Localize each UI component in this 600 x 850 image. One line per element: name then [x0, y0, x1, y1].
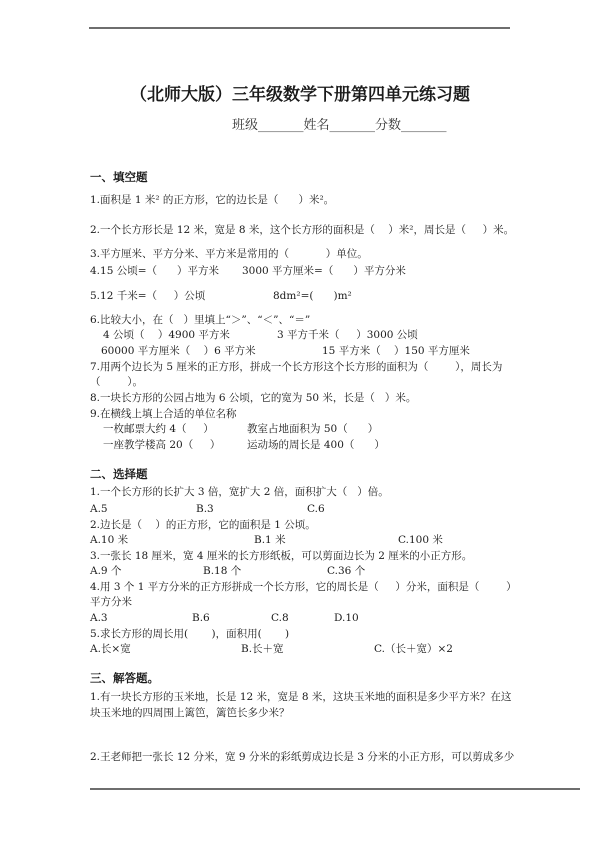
question-1-3: 3.平方厘米、平方分米、平方米是常用的（ ）单位。: [90, 247, 368, 261]
question-1-9c: 一座教学楼高 20（ ）: [103, 438, 220, 452]
question-3-2: 2.王老师把一张长 12 分米，宽 9 分米的彩纸剪成边长是 3 分米的小正方形…: [90, 750, 514, 764]
question-2-2: 2.边长是（ ）的正方形，它的面积是 1 公顷。: [90, 518, 316, 532]
section-heading-problem-solving: 三、解答题。: [90, 671, 159, 685]
option-2-4-b: B.6: [192, 611, 210, 625]
option-2-4-c: C.8: [271, 611, 289, 625]
question-2-1: 1.一个长方形的长扩大 3 倍，宽扩大 2 倍，面积扩大（ ）倍。: [90, 485, 389, 499]
option-2-1-b: B.3: [196, 502, 214, 516]
option-2-5-a: A.长×宽: [90, 642, 131, 656]
header-rule: [89, 27, 510, 29]
question-1-6c: 60000 平方厘米（ ）6 平方米: [101, 344, 256, 358]
question-1-8: 8.一块长方形的公园占地为 6 公顷，它的宽为 50 米，长是（ ）米。: [90, 391, 416, 405]
question-3-1b: 块玉米地的四周围上篱笆，篱笆长多少米？: [90, 706, 290, 720]
question-2-4b: 平方分米: [90, 595, 132, 609]
question-1-7b: （ ）。: [90, 375, 143, 389]
section-heading-fill-blank: 一、填空题: [90, 170, 148, 184]
question-2-4a: 4.用 3 个 1 平方分米的正方形拼成一个长方形，它的周长是（ ）分米，面积是…: [90, 580, 517, 594]
question-2-3: 3.一张长 18 厘米，宽 4 厘米的长方形纸板，可以剪面边长为 2 厘米的小正…: [90, 549, 472, 563]
option-2-5-b: B.长＋宽: [241, 642, 284, 656]
option-2-4-d: D.10: [334, 611, 359, 625]
question-3-1a: 1.有一块长方形的玉米地，长是 12 米，宽是 8 米，这块玉米地的面积是多少平…: [90, 690, 511, 704]
option-2-1-a: A.5: [90, 502, 108, 516]
footer-rule: [90, 788, 580, 790]
option-2-2-b: B.1 米: [254, 533, 286, 547]
question-1-6b: 3 平方千米（ ）3000 公顷: [277, 328, 418, 342]
question-1-9d: 运动场的周长是 400（ ）: [247, 438, 385, 452]
question-1-1: 1.面积是 1 米² 的正方形，它的边长是（ ）米²。: [90, 193, 334, 207]
option-2-1-c: C.6: [307, 502, 325, 516]
option-2-2-a: A.10 米: [90, 533, 128, 547]
question-1-9b: 教室占地面积为 50（ ）: [247, 422, 378, 436]
question-2-5: 5.求长方形的周长用( )，面积用( ): [90, 627, 289, 641]
section-heading-multiple-choice: 二、选择题: [90, 467, 148, 481]
option-2-5-c: C.（长＋宽）×2: [374, 642, 453, 656]
question-1-5a: 5.12 千米=（ ）公顷: [90, 289, 205, 303]
question-1-4a: 4.15 公顷=（ ）平方米: [90, 264, 219, 278]
option-2-2-c: C.100 米: [398, 533, 443, 547]
option-2-3-b: B.18 个: [203, 564, 241, 578]
document-title: （北师大版）三年级数学下册第四单元练习题: [0, 80, 600, 105]
question-1-9: 9.在横线上填上合适的单位名称: [90, 407, 237, 421]
question-1-6: 6.比较大小，在（ ）里填上“＞”、“＜”、“＝”: [90, 313, 310, 327]
question-1-4b: 3000 平方厘米=（ ）平方分米: [242, 264, 406, 278]
question-1-9a: 一枚邮票大约 4（ ）: [103, 422, 214, 436]
question-1-7a: 7.用两个边长为 5 厘米的正方形，拼成一个长方形这个长方形的面积为（ ），周长…: [90, 360, 502, 374]
option-2-3-c: C.36 个: [327, 564, 365, 578]
student-info-line: 班级_______姓名_______分数_______: [232, 114, 447, 133]
question-1-5b: 8dm²=( )m²: [273, 289, 352, 303]
option-2-4-a: A.3: [90, 611, 108, 625]
question-1-6d: 15 平方米（ ）150 平方厘米: [322, 344, 470, 358]
question-1-2: 2.一个长方形长是 12 米，宽是 8 米，这个长方形的面积是（ ）米²，周长是…: [90, 223, 514, 237]
option-2-3-a: A.9 个: [90, 564, 121, 578]
question-1-6a: 4 公顷（ ）4900 平方米: [103, 328, 230, 342]
